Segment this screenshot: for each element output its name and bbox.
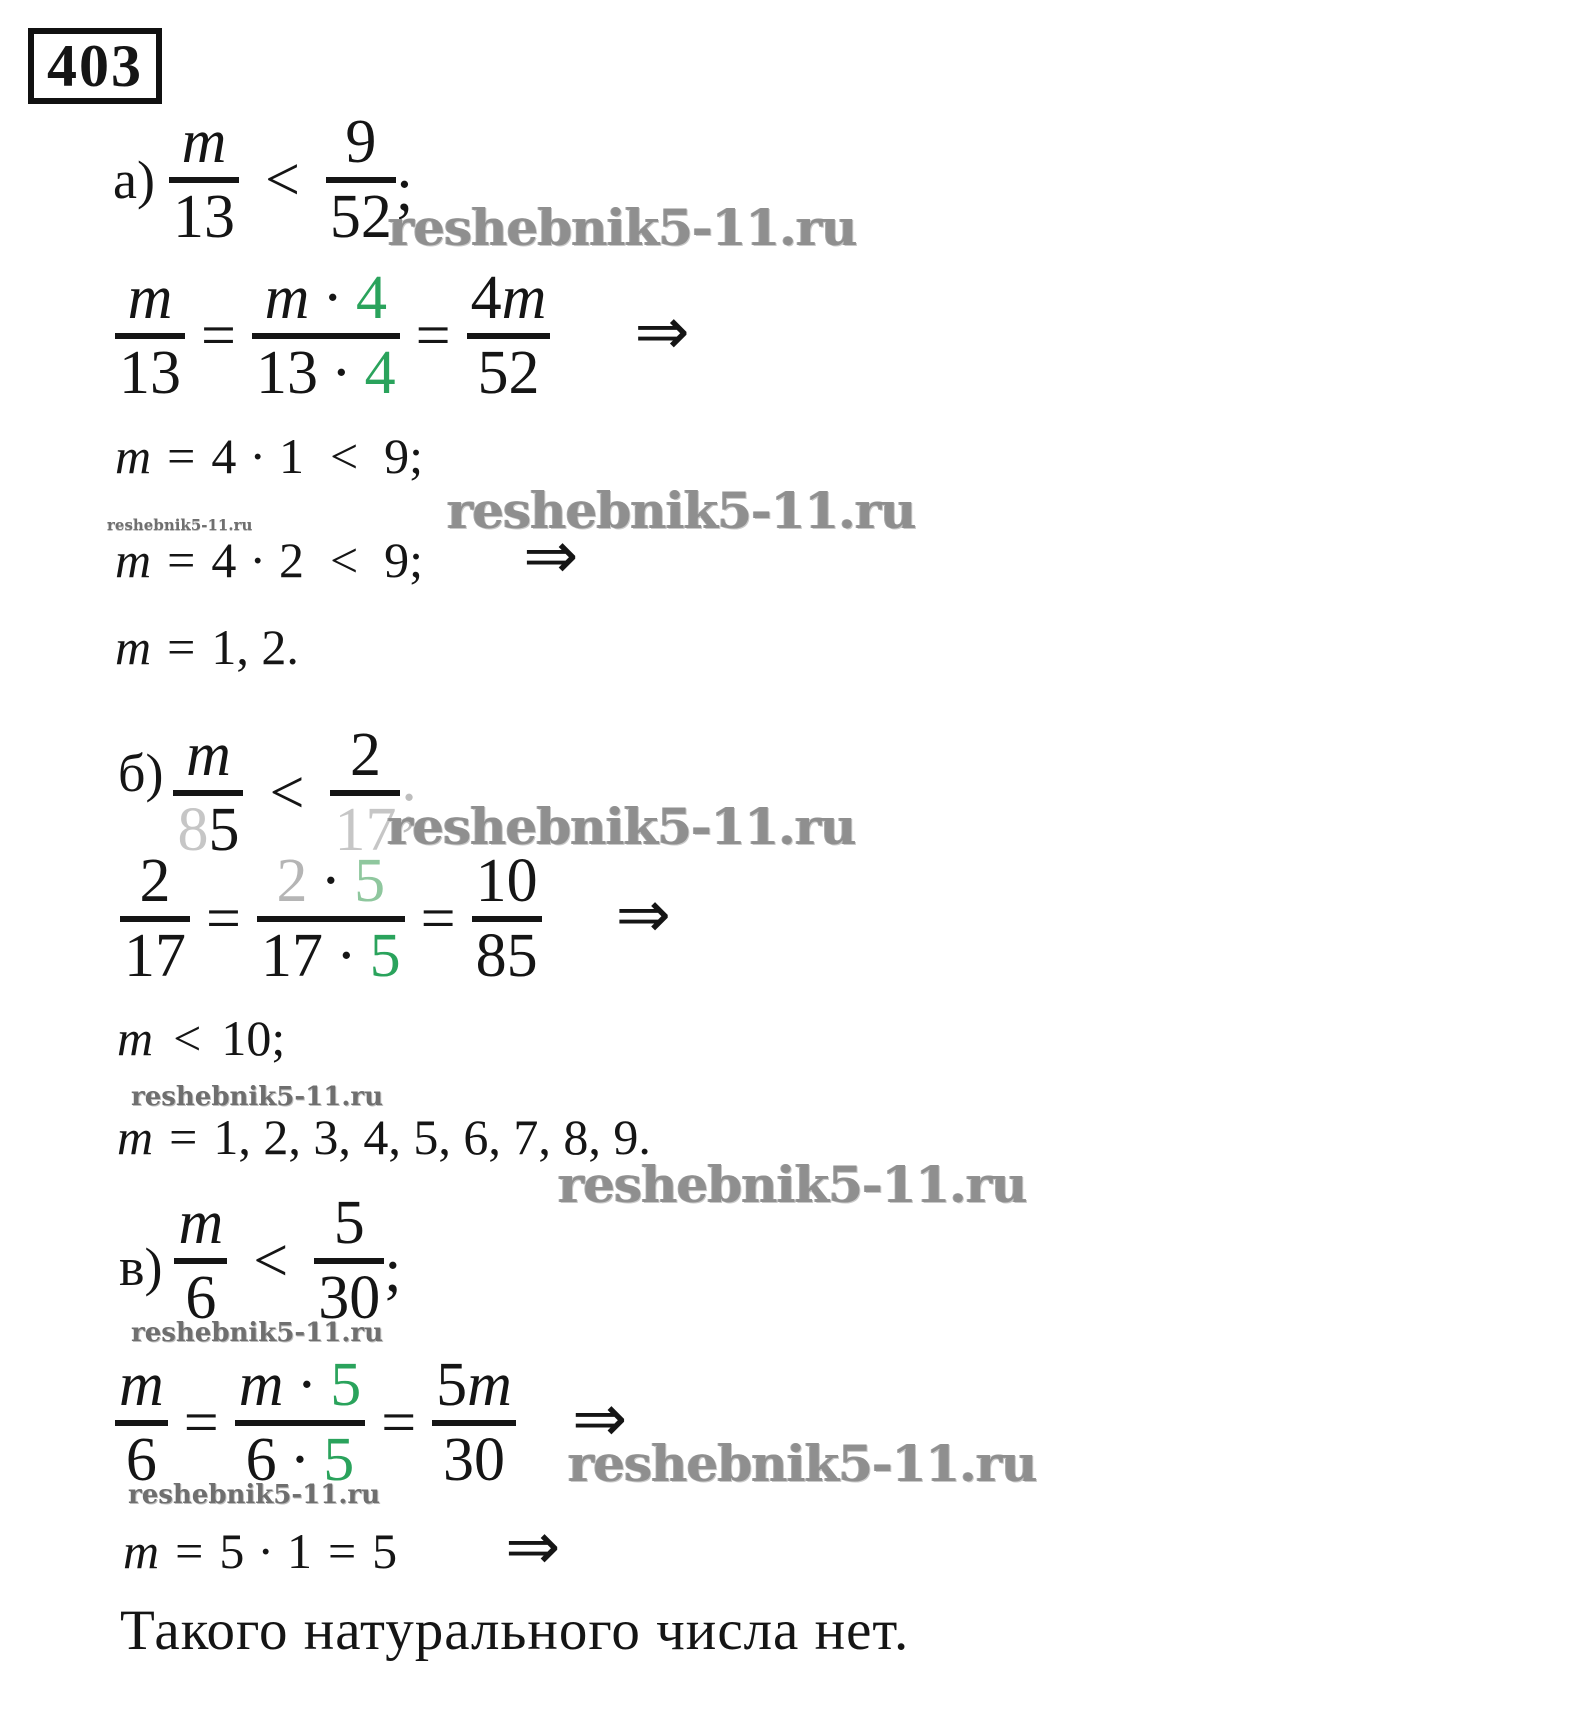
number: 2 (279, 531, 304, 589)
part-a-line3: m = 4 · 1 < 9 ; (115, 427, 423, 485)
equals-sign: = (167, 618, 195, 676)
equals-sign: = (328, 1522, 356, 1580)
fraction-denominator: 13 (115, 342, 185, 405)
coef: 5 (436, 1351, 467, 1419)
fraction-numerator: m (115, 1354, 168, 1417)
var-m: m (117, 1108, 153, 1166)
part-a-line2: m 13 = m·4 13·4 = 4m 52 ⇒ (115, 267, 690, 405)
fraction-numerator: m (174, 1192, 227, 1255)
less-than-sign: < (173, 1009, 201, 1067)
fraction-numerator: m (182, 724, 235, 787)
var-m: m (265, 264, 310, 332)
multiply-dot: · (331, 339, 352, 407)
part-b-label: б) (118, 742, 163, 804)
fraction: 5 30 (314, 1192, 384, 1330)
part-v-line1: в) m 6 < 5 30 ; (119, 1192, 401, 1330)
var-m: m (115, 531, 151, 589)
fraction-denominator: 17 (120, 925, 190, 988)
fraction: m 85 (173, 724, 243, 862)
factor-green: 4 (356, 264, 387, 332)
fraction-numerator: m·4 (261, 267, 391, 330)
fraction: 9 52 (326, 111, 396, 249)
less-than-sign: < (330, 531, 358, 589)
conclusion-text: Такого натурального числа нет. (120, 1600, 909, 1663)
problem-number: 403 (28, 28, 162, 104)
watermark: reshebnik5-11.ru (128, 1482, 380, 1508)
part-a-label: а) (113, 149, 155, 211)
factor-green: 5 (330, 1351, 361, 1419)
fraction: 2 17 (120, 850, 190, 988)
part-b-line2: 2 17 = 2·5 17·5 = 10 85 ⇒ (120, 850, 671, 988)
factor-green: 5 (370, 922, 401, 990)
var-m: m (117, 1009, 153, 1067)
fraction: m 6 (115, 1354, 168, 1492)
watermark: reshebnik5-11.ru (387, 802, 856, 852)
fraction: 2·5 17·5 (257, 850, 405, 988)
fraction-numerator: 2·5 (272, 850, 389, 913)
part-v-label: в) (119, 1236, 162, 1298)
semicolon: ; (409, 531, 423, 589)
equals-sign: = (175, 1522, 203, 1580)
fraction-numerator: m (124, 267, 177, 330)
solution-page: 403 а) m 13 < 9 52 ; reshebnik5-11.ru m … (0, 0, 1594, 1716)
fraction: m 6 (174, 1192, 227, 1330)
number: 9 (384, 427, 409, 485)
part-a-line4: m = 4 · 2 < 9 ; ⇒ (115, 527, 578, 593)
fraction-denominator: 85 (472, 925, 542, 988)
number: 1 (287, 1522, 312, 1580)
fraction: 4m 52 (467, 267, 551, 405)
var-m: m (467, 1351, 512, 1419)
fraction: m 13 (169, 111, 239, 249)
values: 1, 2. (211, 618, 299, 676)
var-m: m (502, 264, 547, 332)
part-v-line3: m = 5 · 1 = 5 ⇒ (123, 1518, 560, 1584)
equals-sign: = (421, 884, 456, 955)
number: 5 (219, 1522, 244, 1580)
var-m: m (123, 1522, 159, 1580)
less-than-sign: < (269, 758, 304, 829)
fraction-numerator: 5 (330, 1192, 369, 1255)
number: 1 (279, 427, 304, 485)
less-than-sign: < (253, 1226, 288, 1297)
fraction-numerator: m (178, 111, 231, 174)
multiply-dot: · (249, 531, 266, 589)
fraction-denominator: 13 (169, 186, 239, 249)
implies-arrow: ⇒ (523, 523, 578, 589)
watermark: reshebnik5-11.ru (388, 203, 857, 253)
fraction-numerator: 4m (467, 267, 551, 330)
number: 4 (211, 427, 236, 485)
part-b-line3: m < 10; (117, 1009, 285, 1067)
den-base: 17 (261, 922, 323, 990)
equals-sign: = (416, 301, 451, 372)
fraction-denominator: 52 (473, 342, 543, 405)
equals-sign: = (206, 884, 241, 955)
var-m: m (115, 618, 151, 676)
implies-arrow: ⇒ (634, 299, 689, 365)
part-a-line5: m = 1, 2. (115, 618, 299, 676)
multiply-dot: · (297, 1351, 318, 1419)
factor-light-green: 5 (354, 847, 385, 915)
part-v-line2: m 6 = m·5 6·5 = 5m 30 ⇒ (115, 1354, 627, 1492)
fraction-denominator: 17·5 (257, 925, 405, 988)
factor-green: 4 (365, 339, 396, 407)
coef: 4 (471, 264, 502, 332)
fraction: m 13 (115, 267, 185, 405)
equals-sign: = (381, 1388, 416, 1459)
implies-arrow: ⇒ (505, 1514, 560, 1580)
implies-arrow: ⇒ (616, 882, 671, 948)
number: 4 (211, 531, 236, 589)
fraction-denominator: 13·4 (252, 342, 400, 405)
multiply-dot: · (320, 847, 341, 915)
less-than-sign: < (265, 145, 300, 216)
number: 9 (384, 531, 409, 589)
watermark: reshebnik5-11.ru (131, 1320, 383, 1346)
equals-sign: = (169, 1108, 197, 1166)
fraction: 10 85 (472, 850, 542, 988)
value: 10; (221, 1009, 285, 1067)
digit-dim: 2 (276, 847, 307, 915)
number: 5 (372, 1522, 397, 1580)
part-b-line1: б) m 85 < 2 17 ; (118, 724, 418, 862)
fraction-numerator: 5m (432, 1354, 516, 1417)
watermark: reshebnik5-11.ru (568, 1439, 1037, 1489)
fraction-numerator: 9 (341, 111, 380, 174)
equals-sign: = (167, 531, 195, 589)
multiply-dot: · (257, 1522, 274, 1580)
var-m: m (115, 427, 151, 485)
multiply-dot: · (249, 427, 266, 485)
fraction-numerator: 2 (136, 850, 175, 913)
part-a-line1: а) m 13 < 9 52 ; (113, 111, 413, 249)
watermark: reshebnik5-11.ru (558, 1160, 1027, 1210)
fraction-numerator: 2 (346, 724, 385, 787)
fraction-numerator: 10 (472, 850, 542, 913)
var-m: m (239, 1351, 284, 1419)
watermark: reshebnik5-11.ru (131, 1084, 383, 1110)
semicolon: ; (384, 1236, 401, 1307)
den-base: 13 (256, 339, 318, 407)
fraction-numerator: m·5 (235, 1354, 365, 1417)
fraction-denominator: 30 (439, 1429, 509, 1492)
semicolon: ; (409, 427, 423, 485)
fraction-denominator: 52 (326, 186, 396, 249)
equals-sign: = (201, 301, 236, 372)
fraction: m·5 6·5 (235, 1354, 365, 1492)
multiply-dot: · (336, 922, 357, 990)
less-than-sign: < (330, 427, 358, 485)
fraction: 5m 30 (432, 1354, 516, 1492)
equals-sign: = (167, 427, 195, 485)
equals-sign: = (184, 1388, 219, 1459)
fraction: m·4 13·4 (252, 267, 400, 405)
multiply-dot: · (322, 264, 343, 332)
